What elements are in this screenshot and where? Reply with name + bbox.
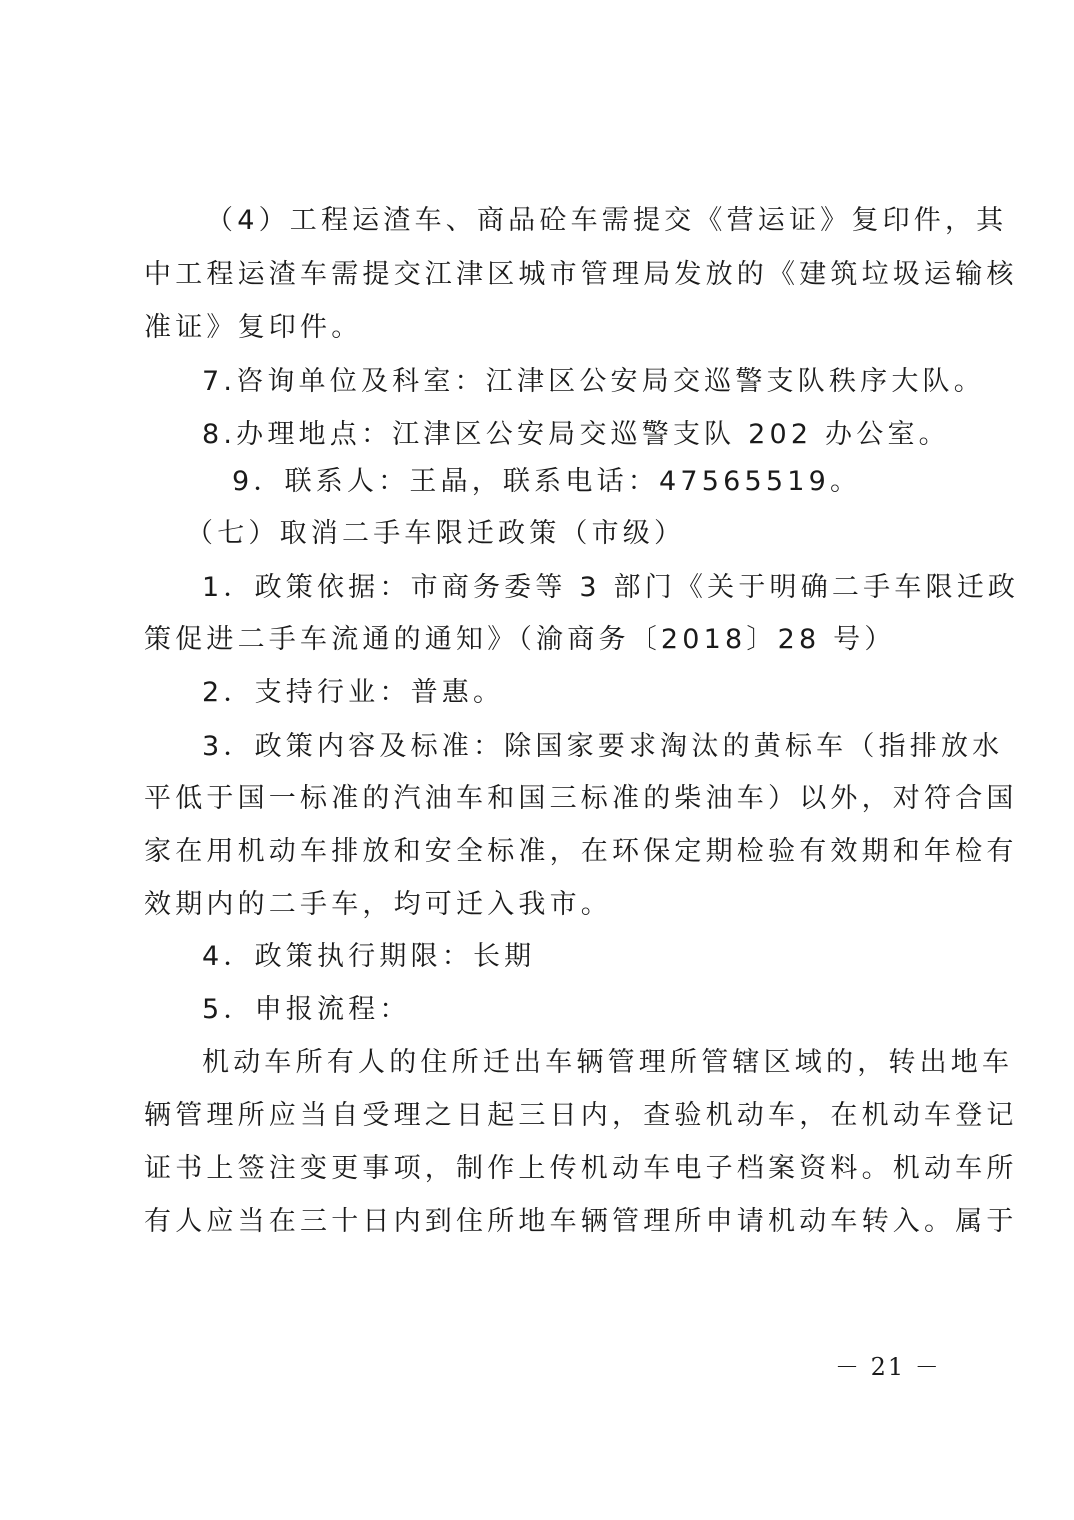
text-line: 3．政策内容及标准：除国家要求淘汰的黄标车（指排放水 <box>202 727 1003 767</box>
text-line: 4．政策执行期限：长期 <box>202 937 535 977</box>
text-line: 家在用机动车排放和安全标准，在环保定期检验有效期和年检有 <box>144 832 1018 872</box>
text-line: 2．支持行业：普惠。 <box>202 673 504 713</box>
text-line: 有人应当在三十日内到住所地车辆管理所申请机动车转入。属于 <box>144 1202 1018 1242</box>
text-line: 9．联系人：王晶，联系电话：47565519。 <box>232 462 861 502</box>
page-number: － 21 － <box>835 1347 941 1382</box>
text-line: 1．政策依据：市商务委等 3 部门《关于明确二手车限迁政 <box>202 568 1019 608</box>
text-line: 8.办理地点：江津区公安局交巡警支队 202 办公室。 <box>202 415 950 455</box>
text-line: 证书上签注变更事项，制作上传机动车电子档案资料。机动车所 <box>144 1149 1018 1189</box>
text-line: 辆管理所应当自受理之日起三日内，查验机动车，在机动车登记 <box>144 1096 1018 1136</box>
text-line: 效期内的二手车，均可迁入我市。 <box>144 885 612 925</box>
document-page: （4）工程运渣车、商品砼车需提交《营运证》复印件，其 中工程运渣车需提交江津区城… <box>0 0 1074 1520</box>
section-heading: （七）取消二手车限迁政策（市级） <box>186 514 685 554</box>
text-line: 机动车所有人的住所迁出车辆管理所管辖区域的，转出地车 <box>202 1043 1013 1083</box>
text-line: 5．申报流程： <box>202 990 411 1030</box>
text-line: （4）工程运渣车、商品砼车需提交《营运证》复印件，其 <box>206 201 1007 241</box>
text-line: 准证》复印件。 <box>144 308 362 348</box>
text-line: 策促进二手车流通的通知》（渝商务〔2018〕28 号） <box>144 620 896 660</box>
text-line: 平低于国一标准的汽油车和国三标准的柴油车）以外，对符合国 <box>144 779 1018 819</box>
text-line: 7.咨询单位及科室：江津区公安局交巡警支队秩序大队。 <box>202 362 985 402</box>
text-line: 中工程运渣车需提交江津区城市管理局发放的《建筑垃圾运输核 <box>144 255 1018 295</box>
